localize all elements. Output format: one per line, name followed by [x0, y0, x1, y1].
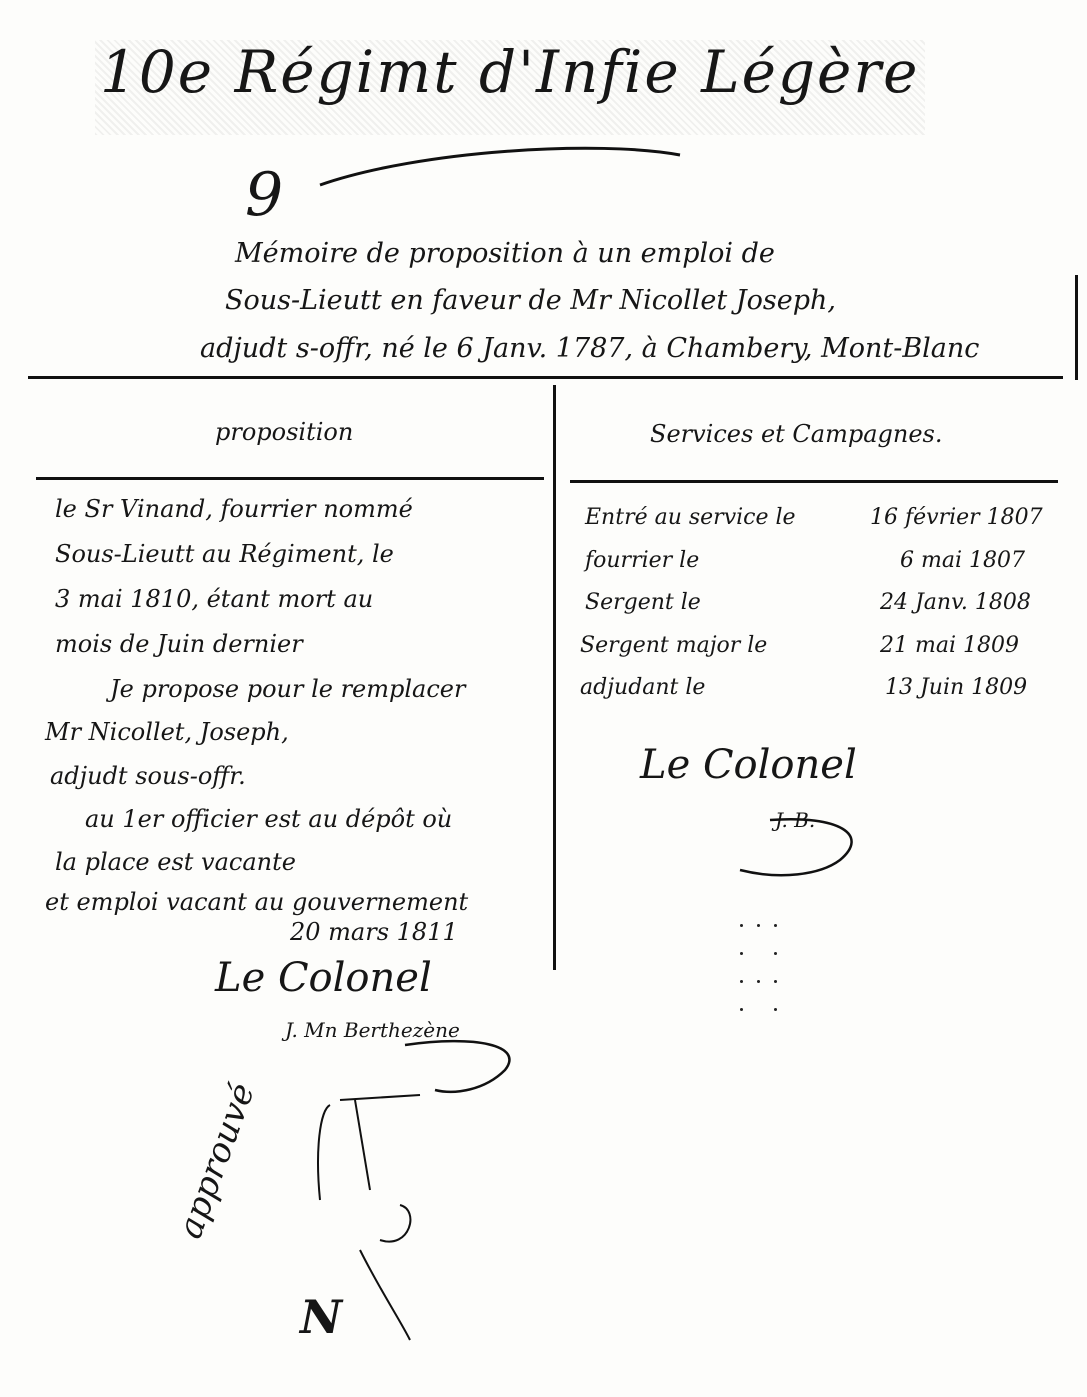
signature-flourish-icon [730, 815, 880, 895]
proposition-line: 3 mai 1810, étant mort au [55, 585, 373, 613]
service-date: 16 février 1807 [870, 505, 1043, 530]
right-margin-rule [1075, 275, 1078, 380]
dot-marks [733, 968, 784, 987]
column-divider [553, 385, 556, 970]
proposition-line: et emploi vacant au gouvernement [45, 888, 468, 916]
top-divider [28, 376, 1063, 379]
service-label: fourrier le [585, 548, 699, 573]
dot-marks [733, 940, 784, 959]
proposition-heading: proposition [215, 418, 353, 446]
marginal-note: approuvé [170, 1078, 263, 1244]
right-heading-rule [570, 480, 1058, 483]
marginal-flourish-icon [260, 1090, 460, 1350]
signature-flourish-icon [395, 1020, 535, 1100]
left-heading-rule [36, 477, 544, 480]
service-date: 13 Juin 1809 [885, 675, 1027, 700]
proposition-line: le Sr Vinand, fourrier nommé [55, 495, 413, 523]
service-label: Entré au service le [585, 505, 796, 530]
proposition-line: la place est vacante [55, 848, 296, 876]
memoir-line-2: Sous-Lieutt en faveur de Mr Nicollet Jos… [225, 285, 836, 316]
service-label: Sergent le [585, 590, 701, 615]
document-number: 9 [245, 160, 283, 230]
memoir-line-1: Mémoire de proposition à un emploi de [235, 238, 775, 269]
proposition-line: Mr Nicollet, Joseph, [45, 718, 289, 746]
proposition-line: Je propose pour le remplacer [110, 675, 465, 703]
service-date: 6 mai 1807 [900, 548, 1025, 573]
service-date: 24 Janv. 1808 [880, 590, 1031, 615]
proposition-date: 20 mars 1811 [290, 918, 458, 946]
proposition-line: mois de Juin dernier [55, 630, 303, 658]
proposition-line: Sous-Lieutt au Régiment, le [55, 540, 394, 568]
service-label: adjudant le [580, 675, 705, 700]
dot-marks [733, 912, 784, 931]
services-heading: Services et Campagnes. [650, 420, 943, 448]
service-label: Sergent major le [580, 633, 767, 658]
proposition-line: adjudt sous-offr. [50, 762, 246, 790]
flourish-icon [300, 120, 700, 200]
proposition-line: au 1er officier est au dépôt où [85, 805, 452, 833]
regiment-title: 10e Régimt d'Infie Légère [100, 38, 919, 106]
dot-marks [733, 996, 784, 1015]
left-colonel-signature: Le Colonel [215, 955, 432, 1001]
memoir-line-3: adjudt s-offr, né le 6 Janv. 1787, à Cha… [200, 333, 979, 364]
right-colonel-signature: Le Colonel [640, 742, 857, 788]
service-date: 21 mai 1809 [880, 633, 1019, 658]
